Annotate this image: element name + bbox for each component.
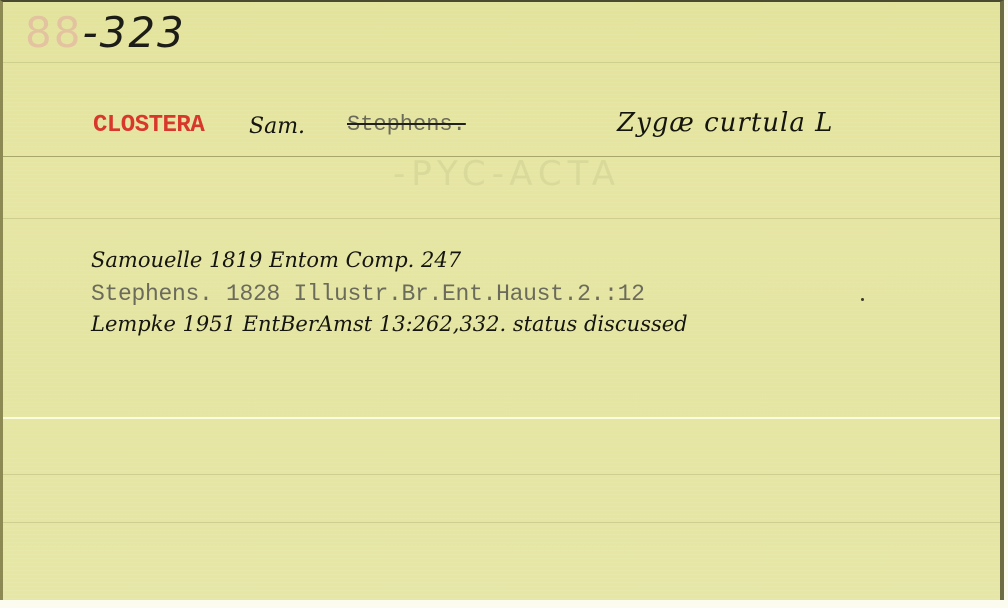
faint-ruled-line <box>3 218 1000 219</box>
faint-ruled-line <box>3 474 1000 475</box>
show-through-text: -PYC-ACTA <box>393 154 621 194</box>
card-number-prefix: 88 <box>25 8 82 57</box>
ink-dot <box>861 298 864 301</box>
reference-line: Stephens. 1828 Illustr.Br.Ent.Haust.2.:1… <box>91 281 645 307</box>
faint-ruled-line <box>3 62 1000 63</box>
type-species: Zygæ curtula L <box>617 108 833 138</box>
card-number: 88-323 <box>25 8 186 57</box>
faint-ruled-line <box>3 522 1000 523</box>
index-card: 88-323 CLOSTERA Sam. Stephens. Zygæ curt… <box>0 0 1004 600</box>
author-handwritten: Sam. <box>249 114 305 139</box>
reference-line: Lempke 1951 EntBerAmst 13:262,332. statu… <box>91 312 688 336</box>
author-struck-through: Stephens. <box>347 112 466 137</box>
reference-line: Samouelle 1819 Entom Comp. 247 <box>91 248 461 272</box>
card-number-value: -323 <box>82 8 185 57</box>
card-fold-line <box>3 417 1000 419</box>
genus-name: CLOSTERA <box>93 112 204 139</box>
